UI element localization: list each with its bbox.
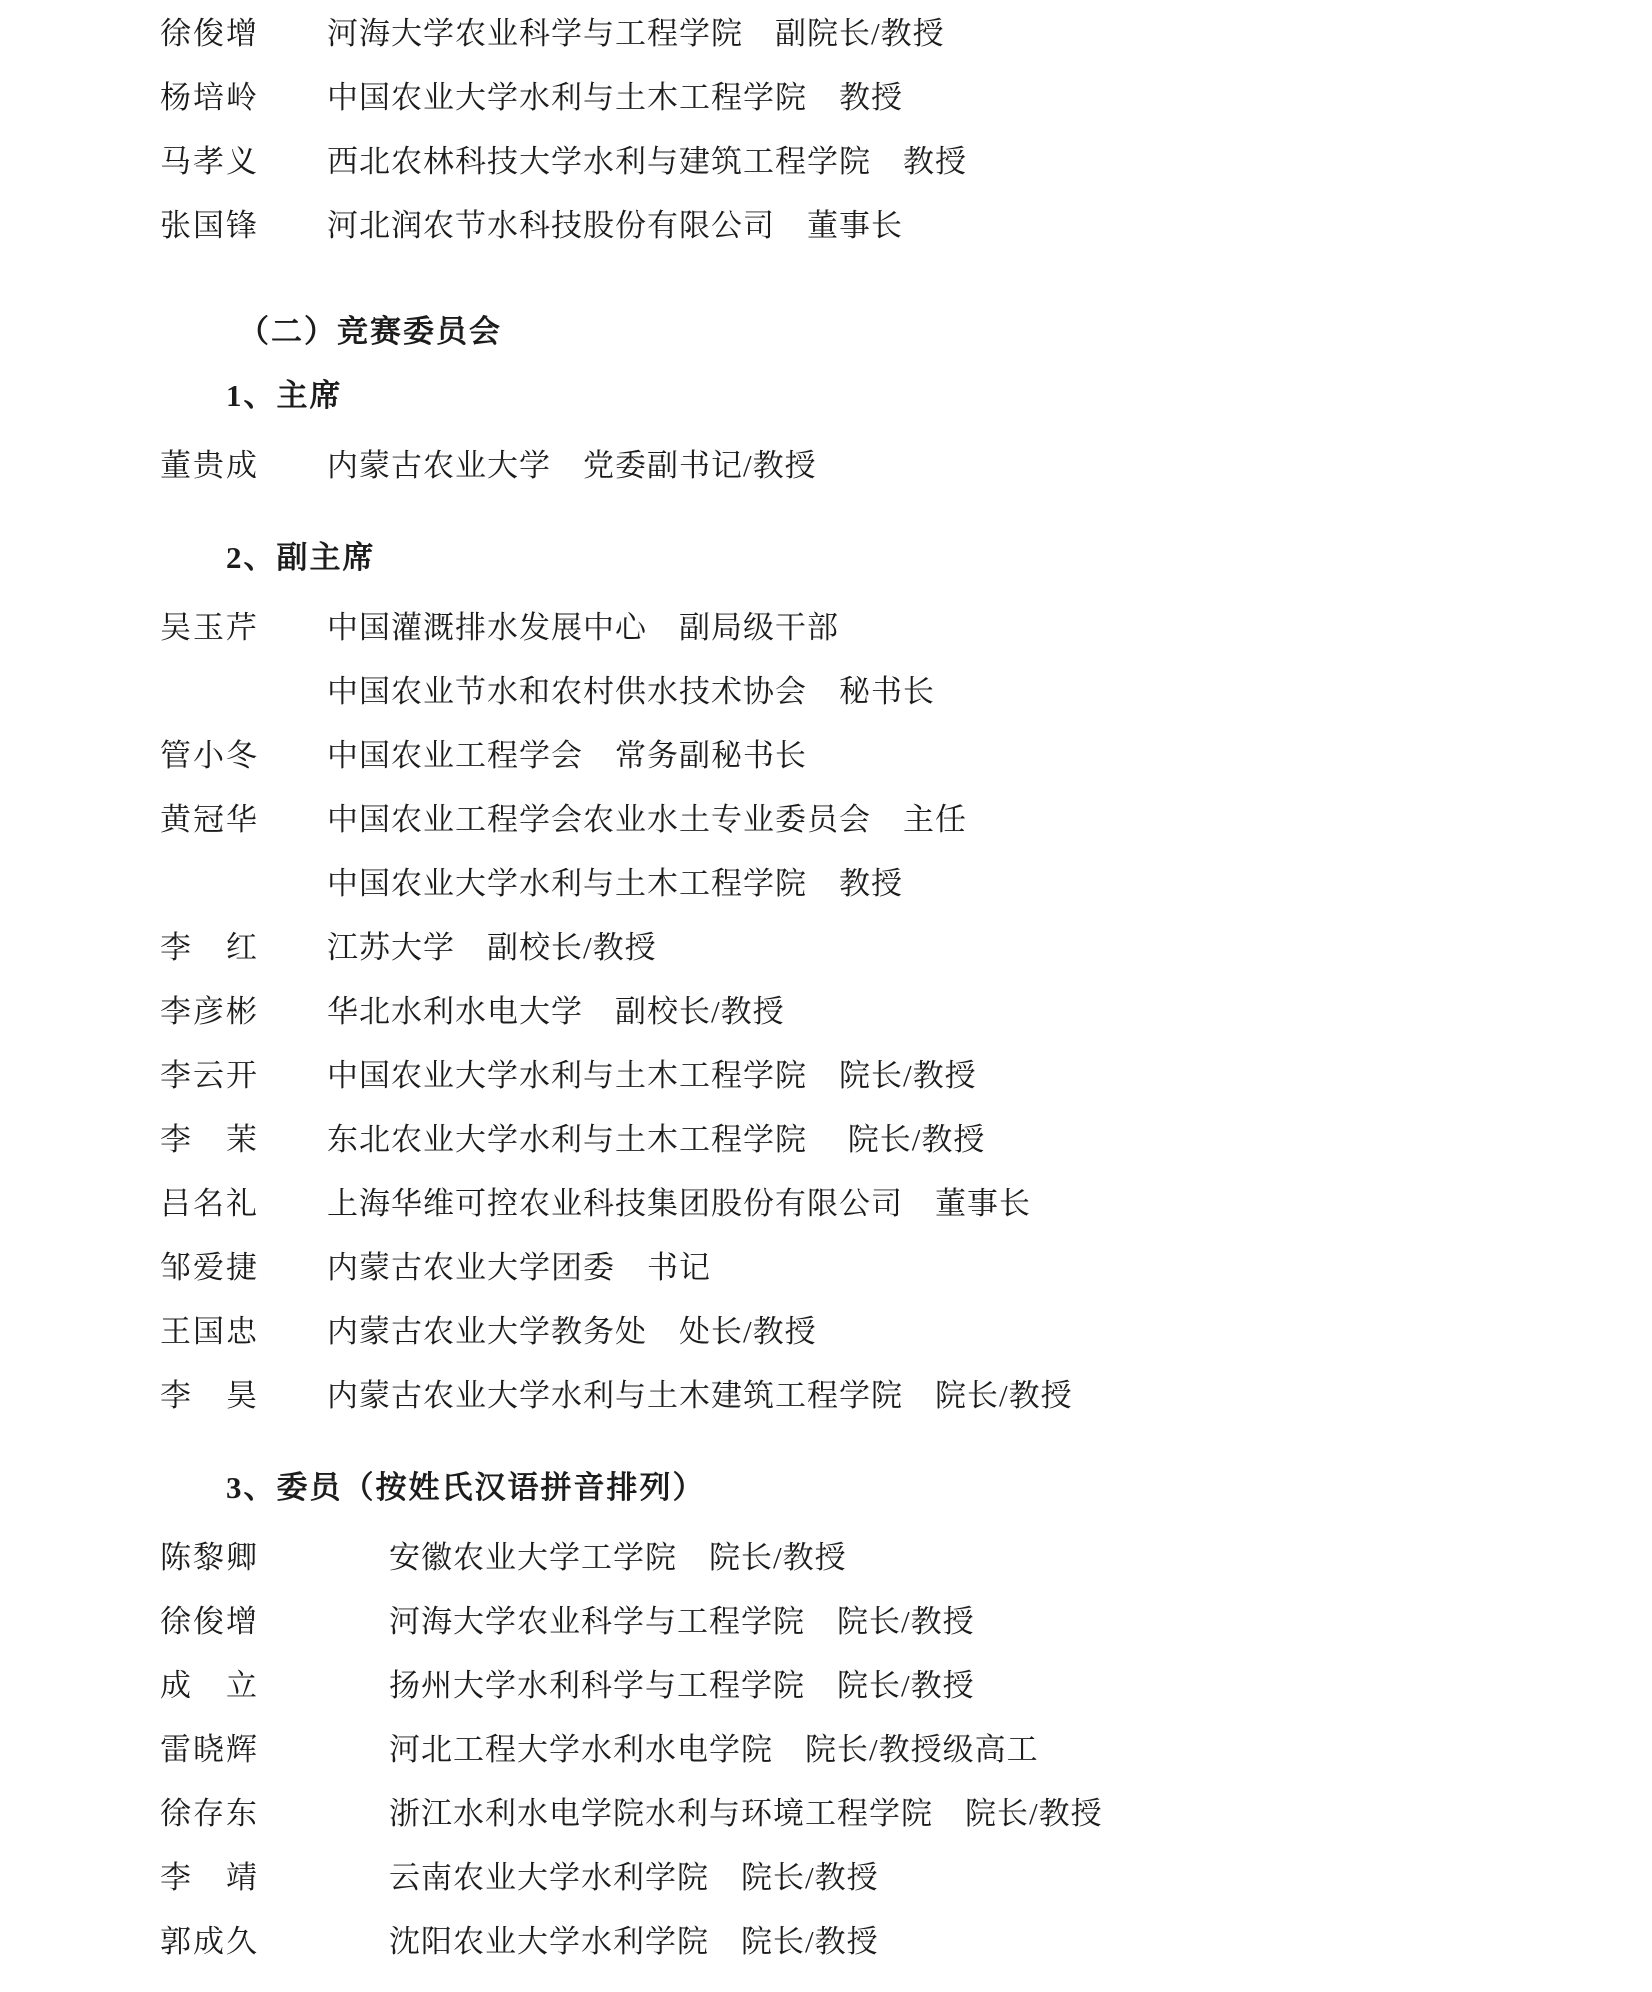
member-name: 黄冠华 — [160, 788, 327, 852]
member-affiliation: 内蒙古农业大学教务处 处长/教授 — [327, 1300, 817, 1364]
subsection-heading: 1、主席 — [0, 364, 1652, 428]
member-name: 徐俊增 — [160, 2, 327, 66]
subsection-heading: 3、委员（按姓氏汉语拼音排列） — [0, 1456, 1652, 1520]
member-affiliation: 扬州大学水利科学与工程学院 院长/教授 — [389, 1654, 975, 1718]
subsection-heading-text: 2、副主席 — [226, 526, 376, 590]
member-affiliation: 中国灌溉排水发展中心 副局级干部 — [327, 596, 839, 660]
section-heading-text: （二）竞赛委员会 — [238, 300, 502, 364]
member-name: 王国忠 — [160, 1300, 327, 1364]
document-page: 徐俊增 河海大学农业科学与工程学院 副院长/教授 杨培岭 中国农业大学水利与土木… — [0, 0, 1652, 1992]
member-row: 马孝义 西北农林科技大学水利与建筑工程学院 教授 — [0, 130, 1652, 194]
member-row: 张国锋 河北润农节水科技股份有限公司 董事长 — [0, 194, 1652, 258]
member-row: 李 昊 内蒙古农业大学水利与土木建筑工程学院 院长/教授 — [0, 1364, 1652, 1428]
member-name: 李彦彬 — [160, 980, 327, 1044]
member-name: 李 昊 — [160, 1364, 327, 1428]
member-row: 黄冠华 中国农业工程学会农业水土专业委员会 主任 — [0, 788, 1652, 852]
subsection-heading: 2、副主席 — [0, 526, 1652, 590]
member-name: 吕名礼 — [160, 1172, 327, 1236]
member-row: 吴玉芹 中国灌溉排水发展中心 副局级干部 — [0, 596, 1652, 660]
member-name: 杨培岭 — [160, 66, 327, 130]
member-name: 邹爱捷 — [160, 1236, 327, 1300]
member-affiliation: 内蒙古农业大学团委 书记 — [327, 1236, 711, 1300]
member-name: 陈黎卿 — [160, 1526, 389, 1590]
member-affiliation: 内蒙古农业大学水利与土木建筑工程学院 院长/教授 — [327, 1364, 1073, 1428]
member-name: 李 红 — [160, 916, 327, 980]
member-affiliation: 江苏大学 副校长/教授 — [327, 916, 657, 980]
member-row-continuation: 中国农业大学水利与土木工程学院 教授 — [0, 852, 1652, 916]
member-row: 管小冬 中国农业工程学会 常务副秘书长 — [0, 724, 1652, 788]
member-affiliation: 河北工程大学水利水电学院 院长/教授级高工 — [389, 1718, 1039, 1782]
member-row: 李彦彬 华北水利水电大学 副校长/教授 — [0, 980, 1652, 1044]
member-affiliation: 沈阳农业大学水利学院 院长/教授 — [389, 1910, 879, 1974]
section-heading: （二）竞赛委员会 — [0, 300, 1652, 364]
member-affiliation: 中国农业节水和农村供水技术协会 秘书长 — [327, 660, 935, 724]
member-name: 李云开 — [160, 1044, 327, 1108]
member-row-continuation: 中国农业节水和农村供水技术协会 秘书长 — [0, 660, 1652, 724]
member-row: 李云开 中国农业大学水利与土木工程学院 院长/教授 — [0, 1044, 1652, 1108]
member-name: 张国锋 — [160, 194, 327, 258]
member-row: 杨培岭 中国农业大学水利与土木工程学院 教授 — [0, 66, 1652, 130]
member-name: 郭成久 — [160, 1910, 389, 1974]
member-name: 管小冬 — [160, 724, 327, 788]
member-name: 成 立 — [160, 1654, 389, 1718]
member-row: 徐存东 浙江水利水电学院水利与环境工程学院 院长/教授 — [0, 1782, 1652, 1846]
member-name: 董贵成 — [160, 434, 327, 498]
member-affiliation: 安徽农业大学工学院 院长/教授 — [389, 1526, 847, 1590]
member-affiliation: 中国农业工程学会农业水土专业委员会 主任 — [327, 788, 967, 852]
member-name: 李 茉 — [160, 1108, 327, 1172]
member-affiliation: 河北润农节水科技股份有限公司 董事长 — [327, 194, 903, 258]
member-affiliation: 华北水利水电大学 副校长/教授 — [327, 980, 785, 1044]
member-affiliation: 中国农业大学水利与土木工程学院 教授 — [327, 852, 903, 916]
member-affiliation: 上海华维可控农业科技集团股份有限公司 董事长 — [327, 1172, 1031, 1236]
subsection-heading-text: 3、委员（按姓氏汉语拼音排列） — [226, 1456, 706, 1520]
member-affiliation: 内蒙古农业大学 党委副书记/教授 — [327, 434, 817, 498]
member-name: 徐存东 — [160, 1782, 389, 1846]
member-row: 徐俊增 河海大学农业科学与工程学院 院长/教授 — [0, 1590, 1652, 1654]
member-name: 马孝义 — [160, 130, 327, 194]
committee-member-list: 徐俊增 河海大学农业科学与工程学院 副院长/教授 杨培岭 中国农业大学水利与土木… — [0, 0, 1652, 1974]
member-affiliation: 云南农业大学水利学院 院长/教授 — [389, 1846, 879, 1910]
member-row: 陈黎卿 安徽农业大学工学院 院长/教授 — [0, 1526, 1652, 1590]
member-name: 吴玉芹 — [160, 596, 327, 660]
member-row: 郭成久 沈阳农业大学水利学院 院长/教授 — [0, 1910, 1652, 1974]
member-affiliation: 浙江水利水电学院水利与环境工程学院 院长/教授 — [389, 1782, 1103, 1846]
member-row: 李 茉 东北农业大学水利与土木工程学院 院长/教授 — [0, 1108, 1652, 1172]
member-row: 吕名礼 上海华维可控农业科技集团股份有限公司 董事长 — [0, 1172, 1652, 1236]
member-affiliation: 中国农业大学水利与土木工程学院 教授 — [327, 66, 903, 130]
member-row: 邹爱捷 内蒙古农业大学团委 书记 — [0, 1236, 1652, 1300]
member-affiliation: 西北农林科技大学水利与建筑工程学院 教授 — [327, 130, 967, 194]
member-affiliation: 河海大学农业科学与工程学院 副院长/教授 — [327, 2, 945, 66]
member-affiliation: 东北农业大学水利与土木工程学院 院长/教授 — [327, 1108, 985, 1172]
member-name: 雷晓辉 — [160, 1718, 389, 1782]
member-affiliation: 中国农业工程学会 常务副秘书长 — [327, 724, 807, 788]
subsection-heading-text: 1、主席 — [226, 364, 343, 428]
member-row: 王国忠 内蒙古农业大学教务处 处长/教授 — [0, 1300, 1652, 1364]
member-row: 李 靖 云南农业大学水利学院 院长/教授 — [0, 1846, 1652, 1910]
member-row: 董贵成 内蒙古农业大学 党委副书记/教授 — [0, 434, 1652, 498]
member-row: 雷晓辉 河北工程大学水利水电学院 院长/教授级高工 — [0, 1718, 1652, 1782]
member-affiliation: 中国农业大学水利与土木工程学院 院长/教授 — [327, 1044, 977, 1108]
member-name: 徐俊增 — [160, 1590, 389, 1654]
member-row: 成 立 扬州大学水利科学与工程学院 院长/教授 — [0, 1654, 1652, 1718]
member-affiliation: 河海大学农业科学与工程学院 院长/教授 — [389, 1590, 975, 1654]
member-row: 徐俊增 河海大学农业科学与工程学院 副院长/教授 — [0, 2, 1652, 66]
member-row: 李 红 江苏大学 副校长/教授 — [0, 916, 1652, 980]
member-name: 李 靖 — [160, 1846, 389, 1910]
